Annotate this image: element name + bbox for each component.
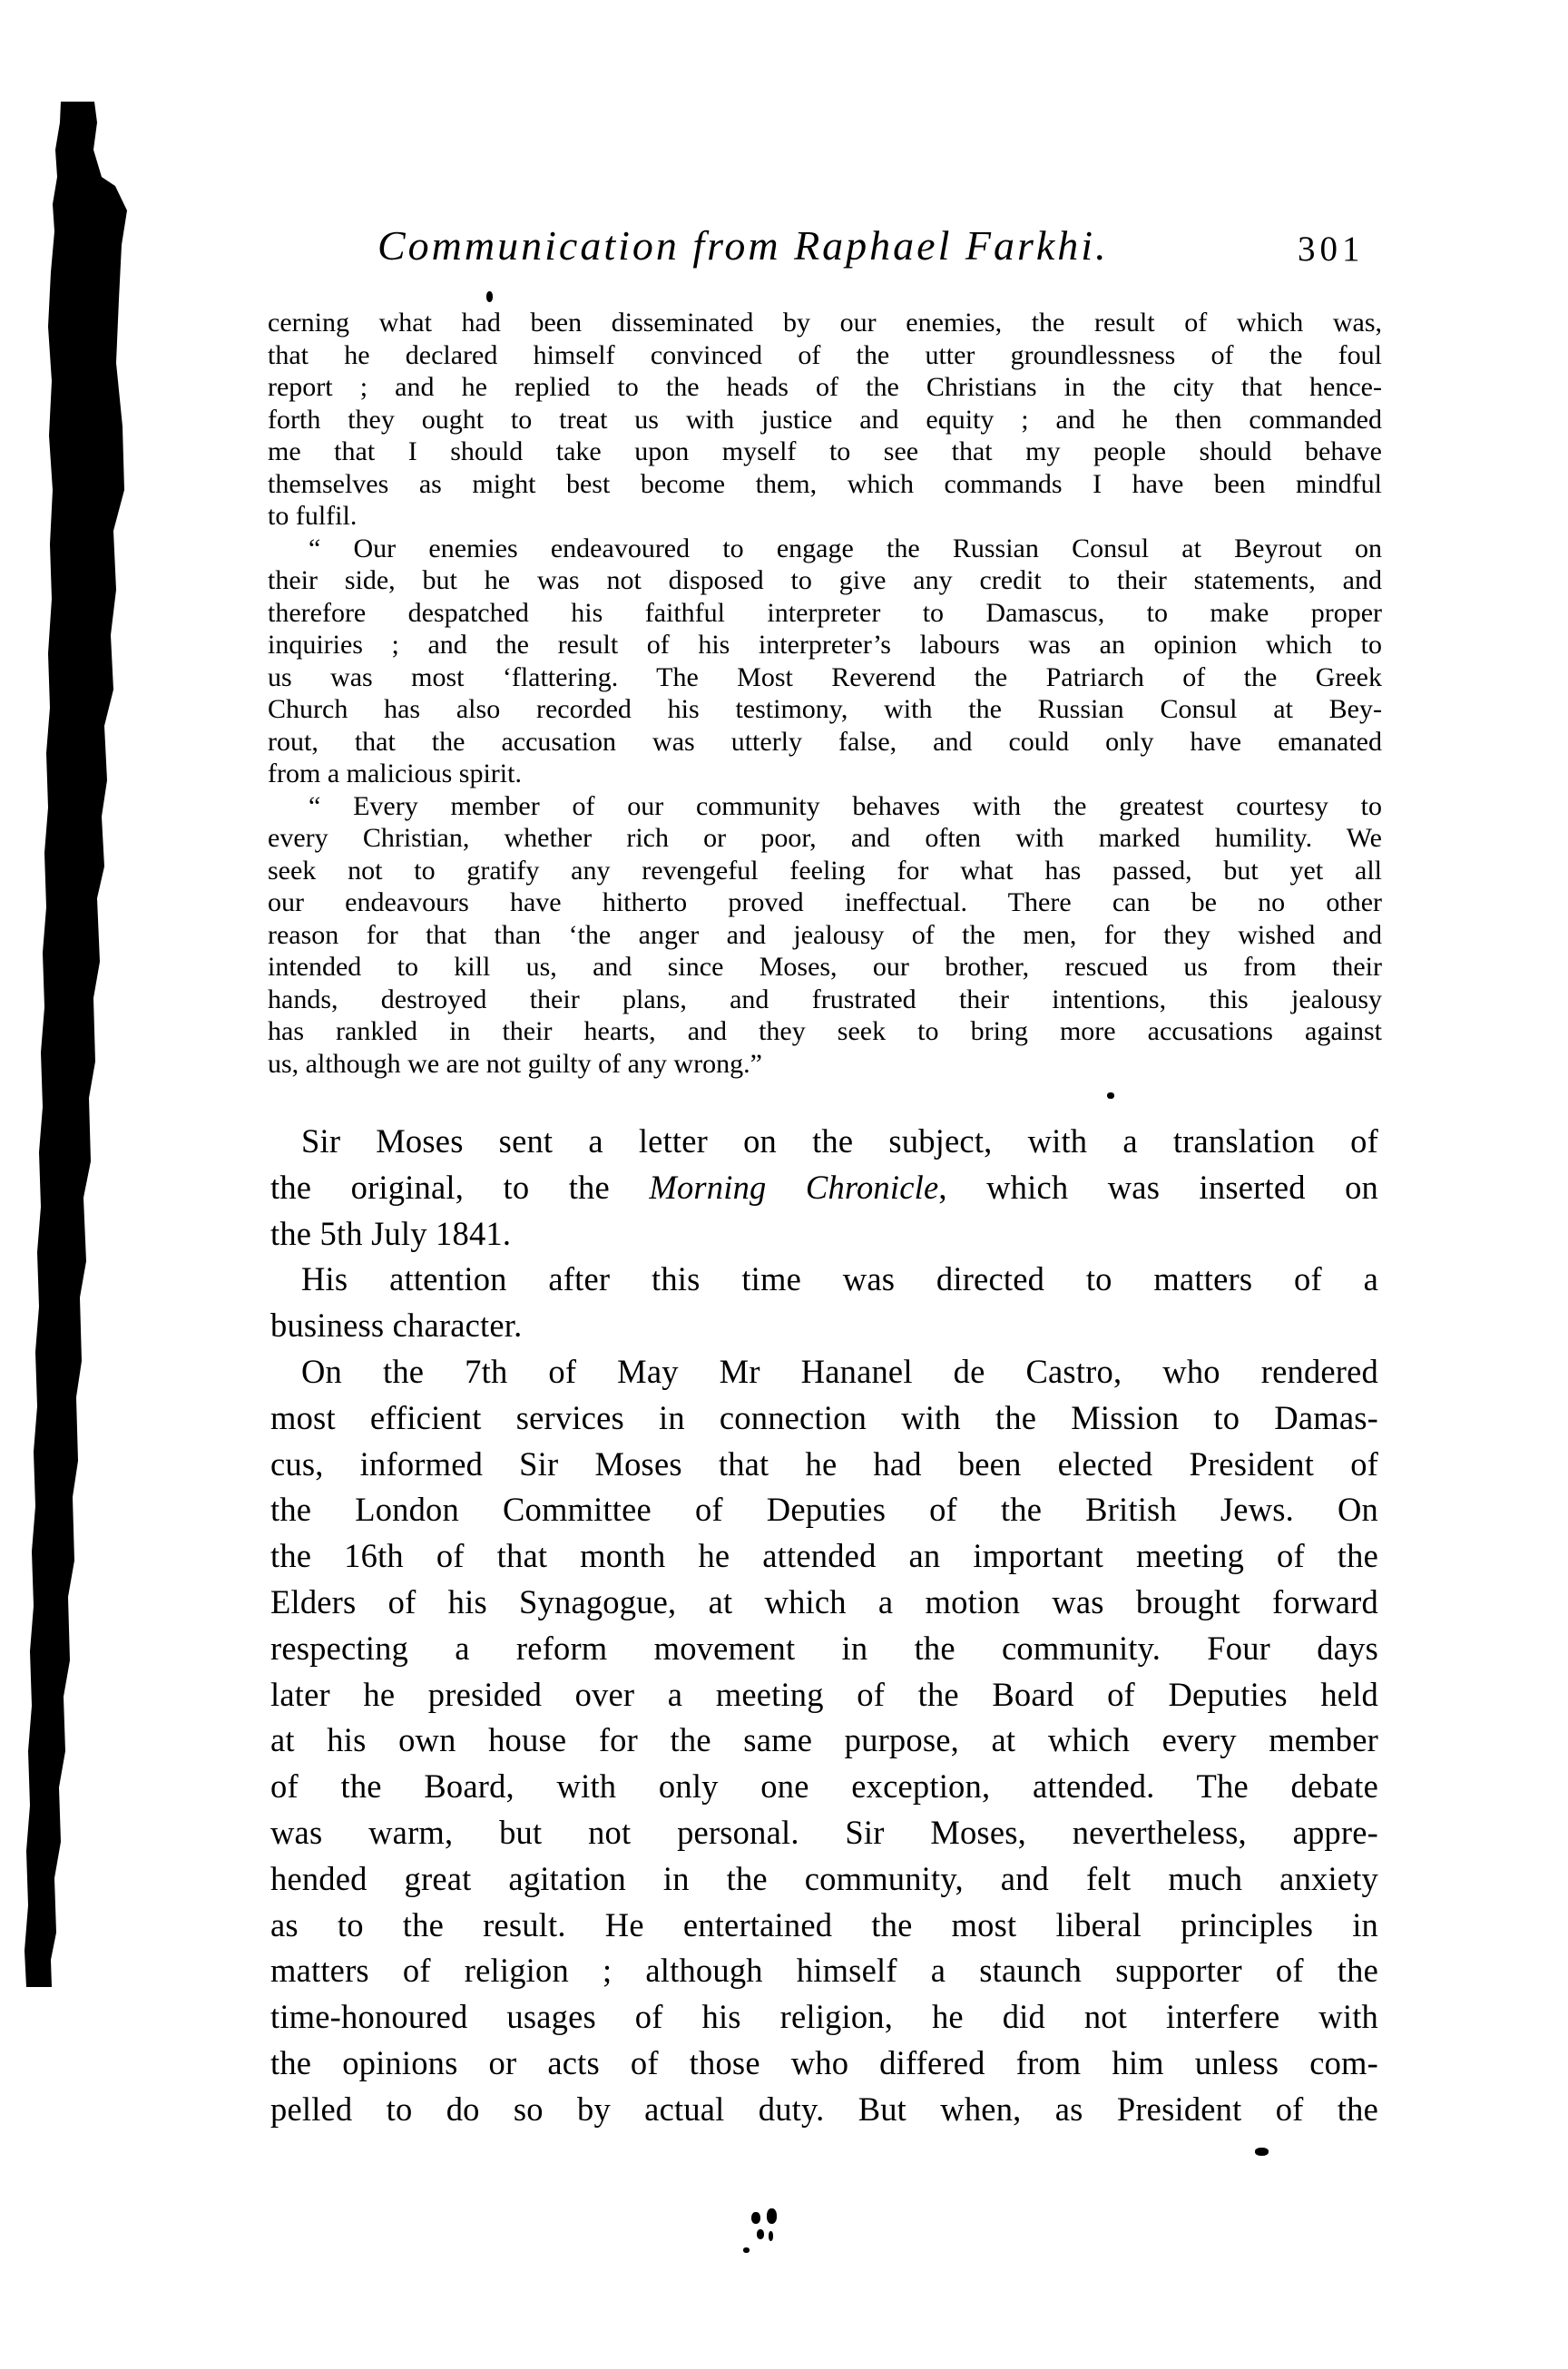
text-line: most efficient services in connection wi… [270,1395,1378,1442]
text-line: rout, that the accusation was utterly fa… [268,726,1382,759]
text-line: that he declared himself convinced of th… [268,339,1382,372]
ink-speck [486,291,493,302]
text-line: “ Our enemies endeavoured to engage the … [268,533,1382,565]
text-line: from a malicious spirit. [268,758,1382,790]
text-line: me that I should take upon myself to see… [268,436,1382,468]
page-number: 301 [1298,229,1365,269]
text-line: His attention after this time was direct… [270,1257,1378,1303]
text-line: was warm, but not personal. Sir Moses, n… [270,1810,1378,1856]
text-line: to fulfil. [268,500,1382,533]
paragraph: On the 7th of May Mr Hananel de Castro, … [270,1349,1378,2133]
text-line: as to the result. He entertained the mos… [270,1903,1378,1949]
quoted-letter-block: cerning what had been disseminated by ou… [268,307,1382,1080]
ink-speck [1107,1092,1114,1099]
text-line: us, although we are not guilty of any wr… [268,1048,1382,1081]
text-line: seek not to gratify any revengeful feeli… [268,855,1382,887]
ink-speck [769,2231,773,2241]
text-line: Sir Moses sent a letter on the subject, … [270,1119,1378,1165]
text-line: Church has also recorded his testimony, … [268,693,1382,726]
ink-speck [751,2212,760,2224]
text-line: forth they ought to treat us with justic… [268,404,1382,436]
text-line: the London Committee of Deputies of the … [270,1487,1378,1533]
scan-binding-shadow [0,0,145,2369]
text-line: hended great agitation in the community,… [270,1856,1378,1903]
paragraph: “ Every member of our community behaves … [268,790,1382,1081]
body-text-block: Sir Moses sent a letter on the subject, … [270,1119,1378,2133]
text-line: every Christian, whether rich or poor, a… [268,822,1382,855]
text-line: reason for that than ‘the anger and jeal… [268,919,1382,952]
text-line: our endeavours have hitherto proved inef… [268,886,1382,919]
paragraph: His attention after this time was direct… [270,1257,1378,1349]
text-line: business character. [270,1303,1378,1349]
text-line: their side, but he was not disposed to g… [268,564,1382,597]
text-line: Elders of his Synagogue, at which a moti… [270,1580,1378,1626]
text-line: report ; and he replied to the heads of … [268,371,1382,404]
text-line: intended to kill us, and since Moses, ou… [268,951,1382,984]
text-line: pelled to do so by actual duty. But when… [270,2087,1378,2133]
text-line: time-honoured usages of his religion, he… [270,1994,1378,2041]
text-line: later he presided over a meeting of the … [270,1672,1378,1718]
text-line: respecting a reform movement in the comm… [270,1626,1378,1672]
text-line: On the 7th of May Mr Hananel de Castro, … [270,1349,1378,1395]
text-line: the opinions or acts of those who differ… [270,2041,1378,2087]
text-line: hands, destroyed their plans, and frustr… [268,984,1382,1016]
text-line: has rankled in their hearts, and they se… [268,1015,1382,1048]
text-line: the 16th of that month he attended an im… [270,1533,1378,1580]
text-line: us was most ‘flattering. The Most Revere… [268,661,1382,694]
ink-speck [767,2208,777,2224]
text-line: at his own house for the same purpose, a… [270,1718,1378,1764]
paragraph: “ Our enemies endeavoured to engage the … [268,533,1382,790]
text-line: the original, to the Morning Chronicle, … [270,1165,1378,1211]
text-line: cerning what had been disseminated by ou… [268,307,1382,339]
text-line: the 5th July 1841. [270,1211,1378,1258]
text-line: therefore despatched his faithful interp… [268,597,1382,630]
ink-speck [757,2229,764,2239]
scanned-book-page: Communication from Raphael Farkhi. 301 c… [0,0,1568,2369]
text-line: cus, informed Sir Moses that he had been… [270,1442,1378,1488]
page-title: Communication from Raphael Farkhi. [377,221,1109,269]
text-line: “ Every member of our community behaves … [268,790,1382,823]
ink-speck [743,2247,750,2253]
text-line: of the Board, with only one exception, a… [270,1764,1378,1810]
text-line: inquiries ; and the result of his interp… [268,629,1382,661]
ink-speck [1255,2148,1269,2156]
text-line: matters of religion ; although himself a… [270,1948,1378,1994]
paragraph: Sir Moses sent a letter on the subject, … [270,1119,1378,1257]
paragraph: cerning what had been disseminated by ou… [268,307,1382,533]
text-line: themselves as might best become them, wh… [268,468,1382,501]
